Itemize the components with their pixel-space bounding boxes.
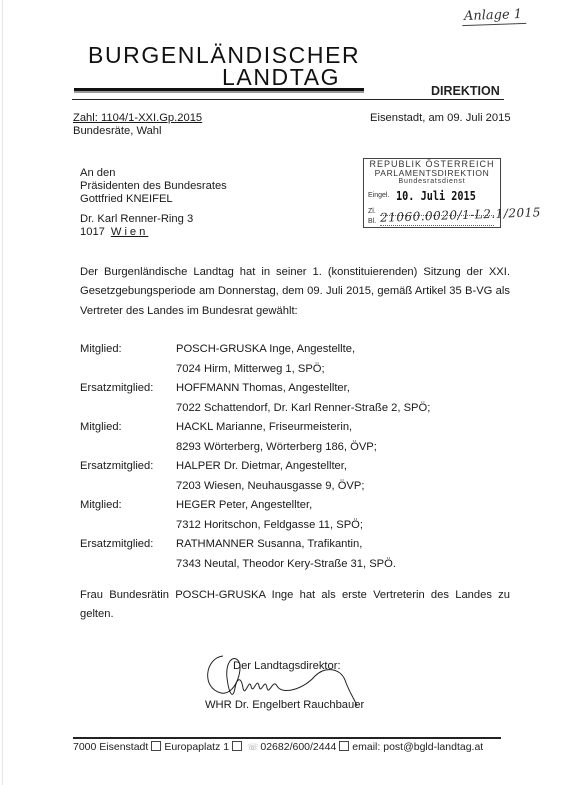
footer-rule bbox=[73, 737, 501, 739]
stamp-received-date: 10. Juli 2015 bbox=[396, 189, 476, 203]
recipient-city-line: 1017Wien bbox=[80, 226, 148, 239]
member-role: Mitglied: bbox=[80, 499, 122, 511]
member-name: HACKL Marianne, Friseurmeisterin, bbox=[176, 421, 352, 433]
signature-title: Der Landtagsdirektor: bbox=[233, 660, 341, 672]
letterhead-rule-thick bbox=[74, 88, 364, 93]
stamp-bl-line bbox=[380, 225, 494, 226]
member-role: Ersatzmitglied: bbox=[80, 460, 153, 472]
recipient-line3: Gottfried KNEIFEL bbox=[80, 193, 173, 206]
member-role: Mitglied: bbox=[80, 343, 122, 355]
member-address: 8293 Wörterberg, Wörterberg 186, ÖVP; bbox=[176, 441, 377, 453]
separator-box-icon bbox=[339, 741, 349, 751]
letterhead-rule-thin bbox=[72, 99, 504, 100]
footer: 7000 EisenstadtEuropaplatz 1☏02682/600/2… bbox=[73, 741, 483, 753]
recipient-street: Dr. Karl Renner-Ring 3 bbox=[80, 213, 193, 226]
footer-street: Europaplatz 1 bbox=[164, 741, 229, 753]
footer-email[interactable]: post@bgld-landtag.at bbox=[383, 741, 483, 753]
stamp-line3: Bundesratsdienst bbox=[364, 178, 500, 186]
phone-icon: ☏ bbox=[247, 742, 258, 753]
reference-number: Zahl: 1104/1-XXI.Gp.2015 bbox=[73, 112, 202, 124]
signature-name: WHR Dr. Engelbert Rauchbauer bbox=[205, 699, 364, 711]
stamp-received-label: Eingel. bbox=[368, 192, 389, 199]
member-address: 7343 Neutal, Theodor Kery-Straße 31, SPÖ… bbox=[176, 558, 396, 570]
member-address: 7022 Schattendorf, Dr. Karl Renner-Straß… bbox=[176, 402, 430, 414]
member-name: POSCH-GRUSKA Inge, Angestellte, bbox=[176, 343, 355, 355]
recipient-line1: An den bbox=[80, 167, 115, 180]
member-name: HEGER Peter, Angestellter, bbox=[176, 499, 312, 511]
footer-email-label: email: bbox=[352, 741, 380, 753]
member-role: Ersatzmitglied: bbox=[80, 538, 153, 550]
handwritten-annotation: Anlage 1 bbox=[462, 7, 527, 26]
place-date: Eisenstadt, am 09. Juli 2015 bbox=[370, 112, 511, 124]
stamp-line2: PARLAMENTSDIREKTION bbox=[364, 169, 500, 178]
department-label: DIREKTION bbox=[431, 84, 500, 98]
recipient-city: Wien bbox=[111, 226, 149, 238]
footer-city: 7000 Eisenstadt bbox=[73, 741, 148, 753]
recipient-line2: Präsidenten des Bundesrates bbox=[80, 180, 227, 193]
member-name: HALPER Dr. Dietmar, Angestellter, bbox=[176, 460, 347, 472]
stamp-zl-label: Zl. bbox=[368, 208, 376, 215]
intro-paragraph: Der Burgenländische Landtag hat in seine… bbox=[80, 263, 510, 321]
letterhead-line2: LANDTAG bbox=[222, 64, 340, 91]
member-name: RATHMANNER Susanna, Trafikantin, bbox=[176, 538, 362, 550]
footer-phone: 02682/600/2444 bbox=[260, 741, 336, 753]
member-name: HOFFMANN Thomas, Angestellter, bbox=[176, 382, 350, 394]
member-address: 7024 Hirm, Mitterweg 1, SPÖ; bbox=[176, 363, 325, 375]
separator-box-icon bbox=[232, 741, 242, 751]
member-address: 7312 Horitschon, Feldgasse 11, SPÖ; bbox=[176, 519, 363, 531]
separator-box-icon bbox=[151, 741, 161, 751]
stamp-bl-label: Bl. bbox=[368, 218, 376, 225]
member-address: 7203 Wiesen, Neuhausgasse 9, ÖVP; bbox=[176, 480, 364, 492]
closing-paragraph: Frau Bundesrätin POSCH-GRUSKA Inge hat a… bbox=[80, 586, 510, 625]
recipient-postcode: 1017 bbox=[80, 226, 105, 238]
member-role: Ersatzmitglied: bbox=[80, 382, 153, 394]
member-role: Mitglied: bbox=[80, 421, 122, 433]
reference-subject: Bundesräte, Wahl bbox=[73, 125, 162, 137]
page-edge bbox=[2, 0, 3, 785]
